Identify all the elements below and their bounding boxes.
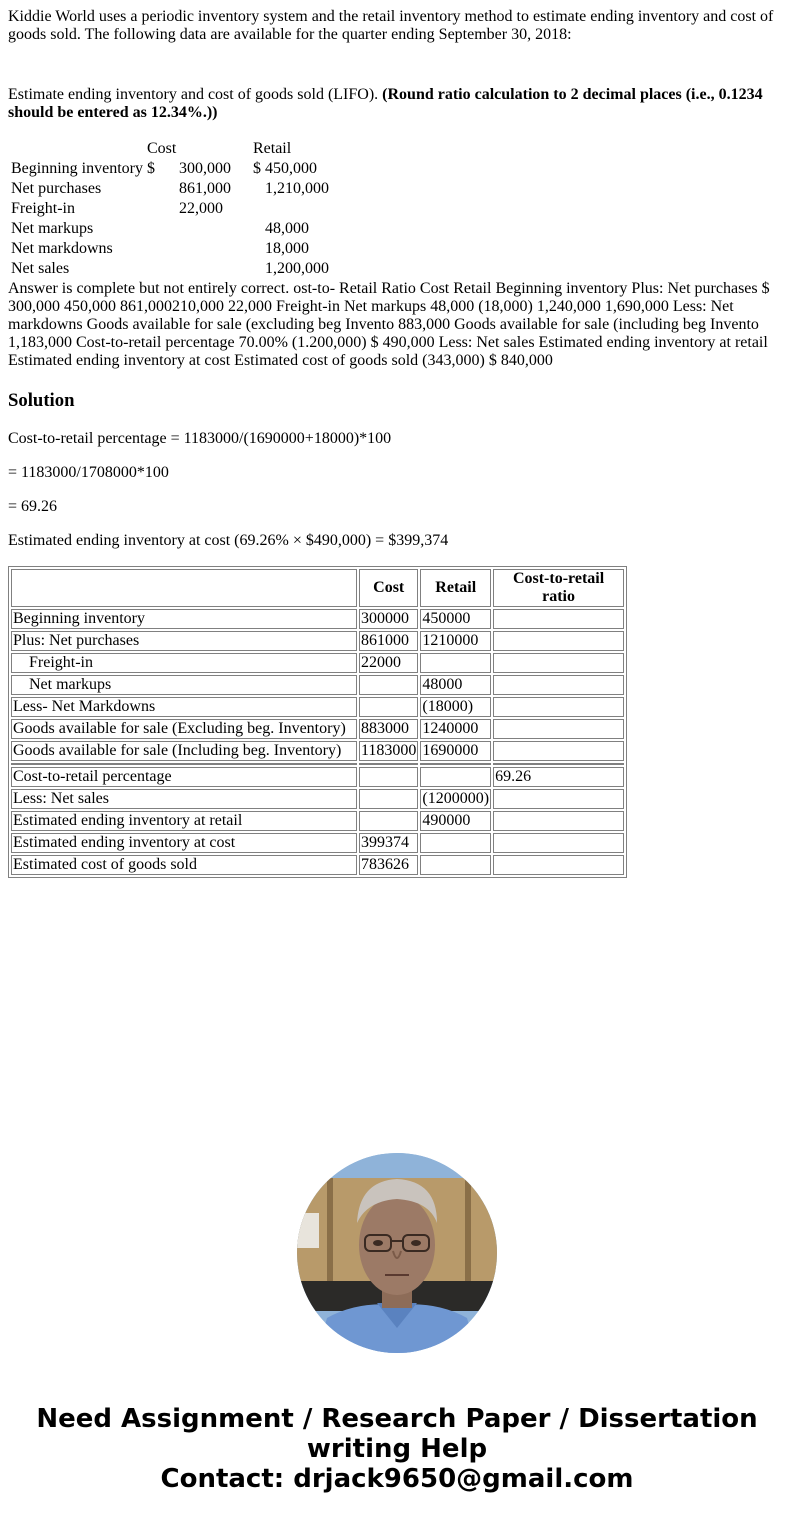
table-row: Cost-to-retail percentage69.26: [11, 767, 624, 787]
given-header-retail: Retail: [252, 140, 336, 158]
row-cost: 300000: [359, 609, 418, 629]
given-row-cost: 22,000: [178, 200, 250, 218]
solution-table: Cost Retail Cost-to-retail ratio Beginni…: [8, 566, 627, 878]
given-row-cost: [178, 220, 250, 238]
given-row: Net markdowns18,000: [10, 240, 336, 258]
table-row: Estimated cost of goods sold783626: [11, 855, 624, 875]
given-row-retail: [264, 200, 336, 218]
row-retail: (1200000): [420, 789, 491, 809]
row-retail: (18000): [420, 697, 491, 717]
given-row-retail: 450,000: [264, 160, 336, 178]
row-label: Goods available for sale (Including beg.…: [11, 741, 357, 761]
row-ratio: [493, 833, 624, 853]
row-retail: [420, 833, 491, 853]
table-row: Estimated ending inventory at cost399374: [11, 833, 624, 853]
retail-currency-sign: [252, 260, 262, 278]
retail-currency-sign: $: [252, 160, 262, 178]
row-cost: 399374: [359, 833, 418, 853]
solution-line: Cost-to-retail percentage = 1183000/(169…: [8, 430, 786, 448]
solution-heading: Solution: [8, 390, 786, 412]
cost-currency-sign: [146, 240, 176, 258]
retail-currency-sign: [252, 240, 262, 258]
row-retail: 490000: [420, 811, 491, 831]
given-header-row: Cost Retail: [10, 140, 336, 158]
given-header-cost: Cost: [146, 140, 250, 158]
promo-banner: Need Assignment / Research Paper / Disse…: [0, 1404, 794, 1494]
header-label: [11, 569, 357, 607]
given-row-label: Beginning inventory: [10, 160, 144, 178]
row-cost: 1183000: [359, 741, 418, 761]
given-row-cost: 861,000: [178, 180, 250, 198]
row-retail: 48000: [420, 675, 491, 695]
given-row: Net markups48,000: [10, 220, 336, 238]
row-label: Beginning inventory: [11, 609, 357, 629]
previous-answer-text: Answer is complete but not entirely corr…: [8, 280, 786, 370]
row-ratio: 69.26: [493, 767, 624, 787]
header-ratio: Cost-to-retail ratio: [493, 569, 624, 607]
given-row: Net purchases861,0001,210,000: [10, 180, 336, 198]
promo-line-1: Need Assignment / Research Paper / Disse…: [0, 1404, 794, 1434]
given-row-retail: 1,200,000: [264, 260, 336, 278]
given-row-cost: [178, 240, 250, 258]
solution-line: = 1183000/1708000*100: [8, 464, 786, 482]
given-data-table: Cost Retail Beginning inventory$300,000$…: [8, 138, 338, 280]
row-ratio: [493, 675, 624, 695]
row-cost: 22000: [359, 653, 418, 673]
table-row: Goods available for sale (Including beg.…: [11, 741, 624, 761]
row-cost: [359, 697, 418, 717]
retail-currency-sign: [252, 200, 262, 218]
row-label: Cost-to-retail percentage: [11, 767, 357, 787]
retail-currency-sign: [252, 180, 262, 198]
row-label: Goods available for sale (Excluding beg.…: [11, 719, 357, 739]
row-label: Estimated cost of goods sold: [11, 855, 357, 875]
cost-currency-sign: $: [146, 160, 176, 178]
cost-currency-sign: [146, 260, 176, 278]
row-ratio: [493, 653, 624, 673]
row-label: Estimated ending inventory at cost: [11, 833, 357, 853]
row-ratio: [493, 719, 624, 739]
row-label: Less: Net sales: [11, 789, 357, 809]
row-retail: [420, 653, 491, 673]
promo-contact-email: Contact: drjack9650@gmail.com: [0, 1464, 794, 1494]
header-retail: Retail: [420, 569, 491, 607]
given-row-label: Net purchases: [10, 180, 144, 198]
question-text: Estimate ending inventory and cost of go…: [8, 86, 382, 103]
row-cost: 883000: [359, 719, 418, 739]
given-row-label: Net markups: [10, 220, 144, 238]
table-row: Beginning inventory300000450000: [11, 609, 624, 629]
row-cost: [359, 675, 418, 695]
problem-question: Estimate ending inventory and cost of go…: [8, 86, 786, 122]
table-row: Net markups48000: [11, 675, 624, 695]
row-ratio: [493, 631, 624, 651]
given-row-cost: [178, 260, 250, 278]
row-ratio: [493, 855, 624, 875]
table-row: Estimated ending inventory at retail4900…: [11, 811, 624, 831]
tutor-photo-avatar: [297, 1153, 497, 1353]
row-cost: 783626: [359, 855, 418, 875]
row-retail: 1210000: [420, 631, 491, 651]
table-section-divider: [11, 763, 624, 765]
row-retail: 1240000: [420, 719, 491, 739]
given-row-retail: 18,000: [264, 240, 336, 258]
table-row: Less- Net Markdowns(18000): [11, 697, 624, 717]
table-row: Freight-in22000: [11, 653, 624, 673]
solution-line: = 69.26: [8, 498, 786, 516]
row-label: Estimated ending inventory at retail: [11, 811, 357, 831]
row-retail: [420, 855, 491, 875]
row-ratio: [493, 741, 624, 761]
row-ratio: [493, 609, 624, 629]
retail-currency-sign: [252, 220, 262, 238]
given-row-retail: 1,210,000: [264, 180, 336, 198]
given-row: Net sales1,200,000: [10, 260, 336, 278]
row-label: Net markups: [11, 675, 357, 695]
given-row-label: Net sales: [10, 260, 144, 278]
given-row: Freight-in22,000: [10, 200, 336, 218]
given-row-retail: 48,000: [264, 220, 336, 238]
row-retail: 1690000: [420, 741, 491, 761]
given-row-label: Freight-in: [10, 200, 144, 218]
row-label: Less- Net Markdowns: [11, 697, 357, 717]
table-row: Less: Net sales(1200000): [11, 789, 624, 809]
problem-intro: Kiddie World uses a periodic inventory s…: [8, 8, 786, 44]
row-label: Plus: Net purchases: [11, 631, 357, 651]
given-row-label: Net markdowns: [10, 240, 144, 258]
row-cost: [359, 811, 418, 831]
row-cost: [359, 789, 418, 809]
page-content: Kiddie World uses a periodic inventory s…: [0, 0, 794, 878]
row-ratio: [493, 697, 624, 717]
cost-currency-sign: [146, 200, 176, 218]
given-row: Beginning inventory$300,000$450,000: [10, 160, 336, 178]
row-label: Freight-in: [11, 653, 357, 673]
row-ratio: [493, 789, 624, 809]
header-cost: Cost: [359, 569, 418, 607]
cost-currency-sign: [146, 180, 176, 198]
cost-currency-sign: [146, 220, 176, 238]
row-cost: [359, 767, 418, 787]
row-ratio: [493, 811, 624, 831]
row-retail: 450000: [420, 609, 491, 629]
tutor-photo-icon: [297, 1153, 497, 1353]
table-row: Goods available for sale (Excluding beg.…: [11, 719, 624, 739]
row-cost: 861000: [359, 631, 418, 651]
promo-line-2: writing Help: [0, 1434, 794, 1464]
table-row: Plus: Net purchases8610001210000: [11, 631, 624, 651]
solution-table-header-row: Cost Retail Cost-to-retail ratio: [11, 569, 624, 607]
given-row-cost: 300,000: [178, 160, 250, 178]
row-retail: [420, 767, 491, 787]
solution-line: Estimated ending inventory at cost (69.2…: [8, 532, 786, 550]
